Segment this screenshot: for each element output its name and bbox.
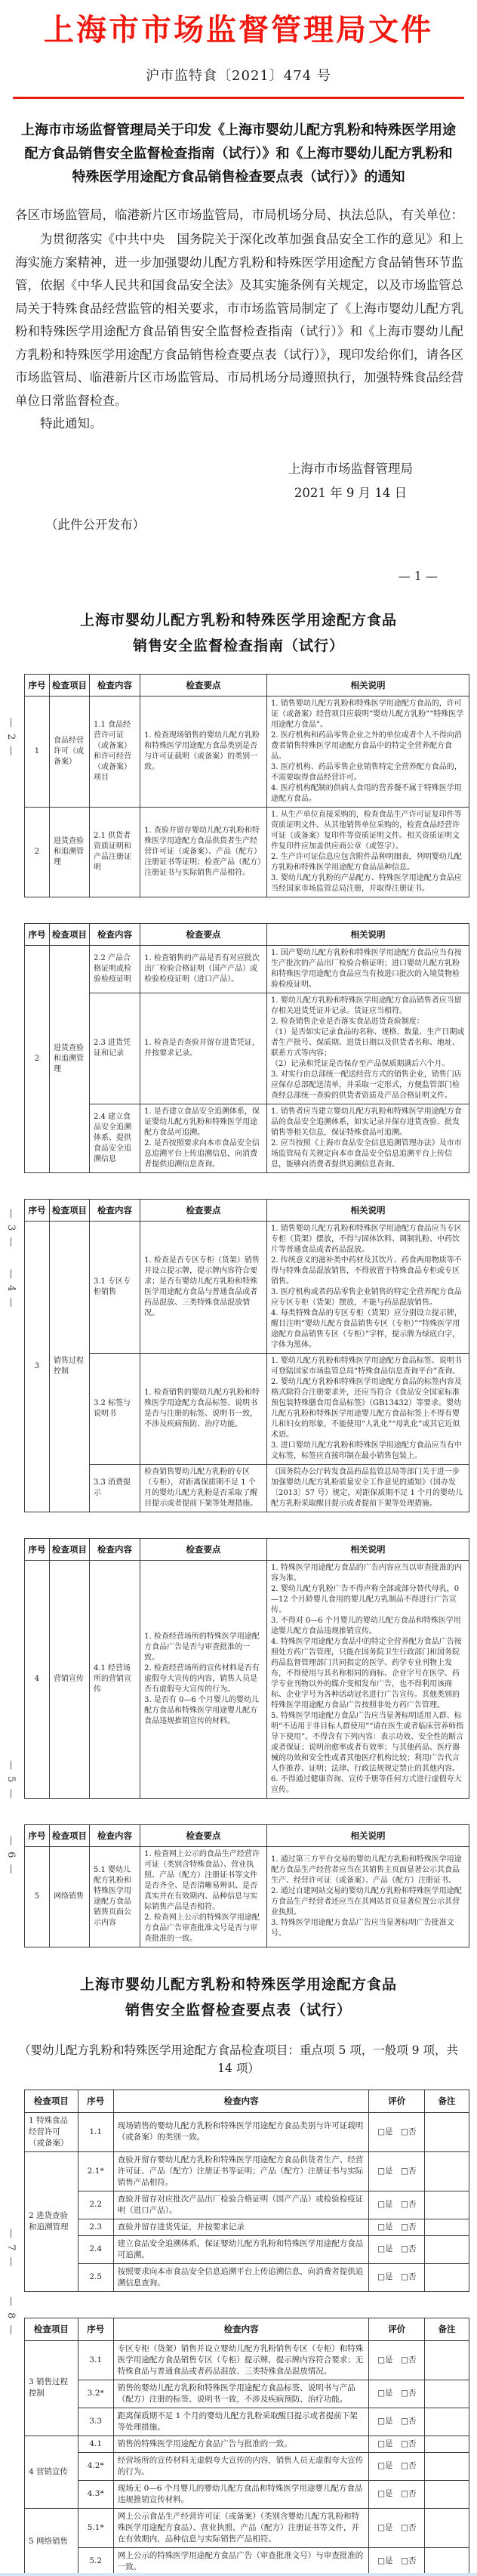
column-header: 序号 bbox=[25, 1824, 50, 1846]
red-divider bbox=[13, 97, 464, 99]
check-row: 2.2查验并留存对应批次产品出厂检验合格证明（国产产品）或检验检疫证明（进口产品… bbox=[25, 2191, 469, 2219]
content-cell: 销售的特殊医学用途配方食品广告与批准的一致。 bbox=[113, 2435, 369, 2452]
eval-cell: □是 □否 bbox=[369, 2219, 425, 2235]
remark-cell bbox=[425, 2235, 469, 2263]
seq-cell: 1 bbox=[25, 696, 50, 807]
notice-body-paragraph: 为贯彻落实《中共中央 国务院关于深化改革加强食品安全工作的意见》和上海实施方案精… bbox=[15, 228, 463, 412]
guide-row: 3.2 标签与说明书1. 检查销售的婴幼儿配方乳粉和特殊医学用途配方食品标签、说… bbox=[25, 1353, 469, 1464]
remark-cell bbox=[425, 2191, 469, 2219]
remark-cell bbox=[425, 2408, 469, 2435]
column-header: 备注 bbox=[425, 2318, 469, 2340]
content-cell: 专区专柜（货架）销售并设立婴幼儿配方乳粉销售专区（专柜）和特殊医学用途配方食品销… bbox=[113, 2340, 369, 2380]
seq-cell: 3.3 bbox=[78, 2408, 113, 2435]
seq-cell: 4.3* bbox=[78, 2480, 113, 2508]
item-cell: 5 网络销售 bbox=[25, 2508, 78, 2575]
column-header: 检查项目 bbox=[49, 674, 89, 696]
check-row: 4 营销宣传4.1销售的特殊医学用途配方食品广告与批准的一致。□是 □否 bbox=[25, 2435, 469, 2452]
seq-cell: 4 bbox=[25, 1560, 50, 1798]
column-header: 评价 bbox=[369, 2090, 425, 2112]
column-header: 检查项目 bbox=[49, 1824, 89, 1846]
checklist-note: （婴幼儿配方乳粉和特殊医学用途配方食品检查项目：重点项 5 项，一般项 9 项，… bbox=[17, 2041, 460, 2077]
guide-title: 上海市婴幼儿配方乳粉和特殊医学用途配方食品 销售安全监督检查指南（试行） bbox=[0, 607, 477, 659]
item-cell: 3 销售过程控制 bbox=[25, 2340, 78, 2435]
seq-cell: 2.2 bbox=[78, 2191, 113, 2219]
eval-cell: □是 □否 bbox=[369, 2435, 425, 2452]
content-cell: 2.2 产品合格证明或检验检疫证明 bbox=[89, 945, 140, 993]
item-cell: 1 特殊食品经营许可（或备案） bbox=[25, 2112, 78, 2151]
content-cell: 1.1 食品经营许可证（或备案）和许可经营（或备案）项目 bbox=[89, 696, 140, 807]
column-header: 检查内容 bbox=[113, 2318, 369, 2340]
guide-row: 1食品经营许可（或备案）1.1 食品经营许可证（或备案）和许可经营（或备案）项目… bbox=[25, 696, 469, 807]
column-header: 检查内容 bbox=[89, 1824, 140, 1846]
check-row: 4.2*经营场所的宣传材料无虚假夸大宣传的内容，销售人员无虚假夸大宣传的行为。□… bbox=[25, 2452, 469, 2480]
seq-cell: 4.1 bbox=[78, 2435, 113, 2452]
check-row: 2.3查验并留存进货凭证，并按要求记录□是 □否 bbox=[25, 2219, 469, 2235]
seq-cell: 5.1* bbox=[78, 2508, 113, 2547]
seq-cell: 2.3 bbox=[78, 2219, 113, 2235]
guide-row: 5网络销售5.1 婴幼儿配方乳粉和特殊医学用途配方食品销售页面公示内容1. 检查… bbox=[25, 1846, 469, 1947]
check-row: 2.4建立食品安全追溯体系，保证婴幼儿配方乳粉和特殊医学用途配方食品可追溯。□是… bbox=[25, 2235, 469, 2263]
item-cell: 2 进货查验和追溯管理 bbox=[25, 2151, 78, 2291]
column-header: 检查项目 bbox=[49, 1199, 89, 1221]
check-row: 5.2网上公示的特殊医学用途配方食品广告（审查批准文号）与审查批准的一致。□是 … bbox=[25, 2547, 469, 2575]
column-header: 序号 bbox=[25, 923, 50, 945]
column-header: 序号 bbox=[78, 2318, 113, 2340]
column-header: 序号 bbox=[25, 674, 50, 696]
guide-row: 2进货查验和追溯管理2.1 供货者资质证明和产品注册证明1. 查验并留存婴幼儿配… bbox=[25, 807, 469, 897]
notes-cell: 1. 国产婴幼儿配方乳粉和特殊医学用途配方食品应当有按生产批次的产品出厂检验合格… bbox=[266, 945, 469, 993]
points-cell: 1. 检查销售的婴幼儿配方乳粉和特殊医学用途配方食品标签、说明书是否与注册的标签… bbox=[140, 1353, 267, 1464]
guide-title-line1: 上海市婴幼儿配方乳粉和特殊医学用途配方食品 bbox=[0, 607, 477, 633]
seq-cell: 2.4 bbox=[78, 2235, 113, 2263]
header-row: 检查项目序号检查内容评价备注 bbox=[25, 2318, 469, 2340]
column-header: 检查项目 bbox=[25, 2318, 78, 2340]
points-cell: 1. 检查是否专区专柜（货架）销售并设立提示牌，提示牌内容符合要求；是否有婴幼儿… bbox=[140, 1221, 267, 1353]
remark-cell bbox=[425, 2380, 469, 2408]
public-release-note: （此件公开发布） bbox=[45, 514, 477, 533]
guide-row: 3.3 消费提示检查销售婴幼儿配方乳粉的专区（专柜），对距离保质期不足 1 个月… bbox=[25, 1464, 469, 1512]
checklist-title-line1: 上海市婴幼儿配方乳粉和特殊医学用途配方食品 bbox=[0, 1972, 477, 1997]
header-row: 序号检查项目检查内容检查要点相关说明 bbox=[25, 1824, 469, 1846]
column-header: 相关说明 bbox=[266, 1824, 469, 1846]
header-row: 序号检查项目检查内容检查要点相关说明 bbox=[25, 923, 469, 945]
guide-table: 序号检查项目检查内容检查要点相关说明3销售过程控制3.1 专区专柜销售1. 检查… bbox=[24, 1199, 469, 1512]
column-header: 检查项目 bbox=[49, 1538, 89, 1560]
eval-cell: □是 □否 bbox=[369, 2380, 425, 2408]
header-row: 检查项目序号检查内容评价备注 bbox=[25, 2090, 469, 2112]
content-cell: 2.3 进货凭证和记录 bbox=[89, 993, 140, 1104]
seq-cell: 2 bbox=[25, 807, 50, 897]
eval-cell: □是 □否 bbox=[369, 2112, 425, 2151]
notes-cell: 《国务院办公厅转发食品药品监管总局等部门关于进一步加强婴幼儿配方乳粉质量安全工作… bbox=[266, 1464, 469, 1512]
check-row: 3.2*销售的婴幼儿配方乳粉和特殊医学用途配方食品标签、说明书与产品（配方）注册… bbox=[25, 2380, 469, 2408]
eval-cell: □是 □否 bbox=[369, 2480, 425, 2508]
remark-cell bbox=[425, 2340, 469, 2380]
column-header: 检查要点 bbox=[140, 1538, 267, 1560]
content-cell: 查验并留存进货凭证，并按要求记录 bbox=[113, 2219, 369, 2235]
guide-row: 2.3 进货凭证和记录1. 检查是否查验并留存进货凭证，并按要求记录。1. 婴幼… bbox=[25, 993, 469, 1104]
guide-row: 2.4 建立食品安全追溯体系、提供食品安全追溯信息1. 是否建立食品安全追溯体系… bbox=[25, 1104, 469, 1172]
points-cell: 1. 检查销售的产品是否有对应批次出厂检验合格证明（国产产品）或检验检疫证明（进… bbox=[140, 945, 267, 993]
item-cell: 进货查验和追溯管理 bbox=[49, 807, 89, 897]
remark-cell bbox=[425, 2452, 469, 2480]
checklist-title-line2: 销售安全监督检查要点表（试行） bbox=[0, 1997, 477, 2023]
checklist-title: 上海市婴幼儿配方乳粉和特殊医学用途配方食品 销售安全监督检查要点表（试行） bbox=[0, 1972, 477, 2023]
guide-row: 3销售过程控制3.1 专区专柜销售1. 检查是否专区专柜（货架）销售并设立提示牌… bbox=[25, 1221, 469, 1353]
notes-cell: 1. 销售婴幼儿配方乳粉和特殊医学用途配方食品应当专区专柜（货架）摆放，不得与固… bbox=[266, 1221, 469, 1353]
check-row: 5 网络销售5.1*网上公示食品生产经营许可证（或备案）（类别含婴幼儿配方乳粉和… bbox=[25, 2508, 469, 2547]
signature-date: 2021 年 9 月 14 日 bbox=[288, 481, 413, 505]
check-row: 3.3距离保质期不足 1 个月的婴幼儿配方乳粉采取醒目提示或者提前下架等处理措施… bbox=[25, 2408, 469, 2435]
content-cell: 3.2 标签与说明书 bbox=[89, 1353, 140, 1464]
notes-cell: 1. 销售者应当建立婴幼儿配方乳粉和特殊医学用途配方食品的食品安全追溯体系，如实… bbox=[266, 1104, 469, 1172]
points-cell: 1. 查验并留存婴幼儿配方乳粉和特殊医学用途配方食品供货者生产经营许可证（或备案… bbox=[140, 807, 267, 897]
check-row: 4.3*现场无 0—6 个月婴儿的婴幼儿配方食品和特殊医学用途婴儿配方食品违规推… bbox=[25, 2480, 469, 2508]
guide-table: 序号检查项目检查内容检查要点相关说明1食品经营许可（或备案）1.1 食品经营许可… bbox=[24, 674, 469, 897]
column-header: 检查项目 bbox=[25, 2090, 78, 2112]
seq-cell: 5.2 bbox=[78, 2547, 113, 2575]
seq-cell: 5 bbox=[25, 1846, 50, 1947]
content-cell: 经营场所的宣传材料无虚假夸大宣传的内容，销售人员无虚假夸大宣传的行为。 bbox=[113, 2452, 369, 2480]
remark-cell bbox=[425, 2219, 469, 2235]
eval-cell: □是 □否 bbox=[369, 2547, 425, 2575]
guide-table: 序号检查项目检查内容检查要点相关说明5网络销售5.1 婴幼儿配方乳粉和特殊医学用… bbox=[24, 1824, 469, 1947]
seq-cell: 2.1* bbox=[78, 2151, 113, 2191]
item-cell: 4 营销宣传 bbox=[25, 2435, 78, 2508]
checklist-section: 检查项目序号检查内容评价备注1 特殊食品经营许可（或备案）1.1现场销售的婴幼儿… bbox=[0, 2090, 477, 2576]
points-cell: 1. 是否建立食品安全追溯体系，保证婴幼儿配方乳粉和特殊医学用途配方食品可追溯。… bbox=[140, 1104, 267, 1172]
item-cell: 网络销售 bbox=[49, 1846, 89, 1947]
eval-cell: □是 □否 bbox=[369, 2191, 425, 2219]
margin-page-mark: — 4 — bbox=[5, 1269, 17, 1309]
column-header: 检查要点 bbox=[140, 1199, 267, 1221]
column-header: 序号 bbox=[25, 1538, 50, 1560]
points-cell: 1. 检查经营场所的特殊医学用途配方食品广告是否与审查批准的一致。 2. 检查经… bbox=[140, 1560, 267, 1798]
margin-page-mark: — 6 — bbox=[5, 1836, 17, 1876]
document-number: 沪市监特食〔2021〕474 号 bbox=[0, 65, 477, 85]
check-table: 检查项目序号检查内容评价备注1 特殊食品经营许可（或备案）1.1现场销售的婴幼儿… bbox=[24, 2090, 469, 2292]
item-cell: 进货查验和追溯管理 bbox=[49, 945, 89, 1172]
column-header: 备注 bbox=[425, 2090, 469, 2112]
notes-cell: 1. 销售婴幼儿配方乳粉和特殊医学用途配方食品的，许可证（或备案）经营项目应载明… bbox=[266, 696, 469, 807]
column-header: 评价 bbox=[369, 2318, 425, 2340]
column-header: 检查内容 bbox=[113, 2090, 369, 2112]
column-header: 相关说明 bbox=[266, 674, 469, 696]
seq-cell: 2.5 bbox=[78, 2263, 113, 2291]
eval-cell: □是 □否 bbox=[369, 2452, 425, 2480]
seq-cell: 2 bbox=[25, 945, 50, 1172]
content-cell: 按照要求向本市食品安全信息追溯平台上传追溯信息，向消费者提供追溯信息查询。 bbox=[113, 2263, 369, 2291]
margin-page-mark: — 8 — bbox=[5, 2296, 17, 2337]
eval-cell: □是 □否 bbox=[369, 2235, 425, 2263]
header-row: 序号检查项目检查内容检查要点相关说明 bbox=[25, 1199, 469, 1221]
notice-recipients: 各区市场监管局，临港新片区市场监管局，市局机场分局、执法总队，有关单位： bbox=[15, 204, 463, 227]
remark-cell bbox=[425, 2508, 469, 2547]
guide-row: 4营销宣传4.1 经营场所的营销宣传1. 检查经营场所的特殊医学用途配方食品广告… bbox=[25, 1560, 469, 1798]
guide-row: 2进货查验和追溯管理2.2 产品合格证明或检验检疫证明1. 检查销售的产品是否有… bbox=[25, 945, 469, 993]
page-number-1: — 1 — bbox=[0, 569, 438, 583]
content-cell: 销售的婴幼儿配方乳粉和特殊医学用途配方食品标签、说明书与产品（配方）注册的标签、… bbox=[113, 2380, 369, 2408]
column-header: 检查要点 bbox=[140, 1824, 267, 1846]
header-row: 序号检查项目检查内容检查要点相关说明 bbox=[25, 1538, 469, 1560]
notice-title: 上海市市场监督管理局关于印发《上海市婴幼儿配方乳粉和特殊医学用途配方食品销售安全… bbox=[21, 119, 456, 189]
content-cell: 查验并留存对应批次产品出厂检验合格证明（国产产品）或检验检疫证明（进口产品）。 bbox=[113, 2191, 369, 2219]
content-cell: 4.1 经营场所的营销宣传 bbox=[89, 1560, 140, 1798]
column-header: 检查内容 bbox=[89, 674, 140, 696]
notice-closing: 特此通知。 bbox=[15, 412, 463, 436]
remark-cell bbox=[425, 2151, 469, 2191]
column-header: 检查要点 bbox=[140, 923, 267, 945]
notes-cell: 1. 通过第三方平台交易的婴幼儿配方乳粉和特殊医学用途配方食品生产经营者应当在其… bbox=[266, 1846, 469, 1947]
content-cell: 网上公示的特殊医学用途配方食品广告（审查批准文号）与审查批准的一致。 bbox=[113, 2547, 369, 2575]
column-header: 检查项目 bbox=[49, 923, 89, 945]
column-header: 相关说明 bbox=[266, 1199, 469, 1221]
content-cell: 现场销售的婴幼儿配方乳粉和特殊医学用途配方食品类别与许可证载明（或备案）的类别一… bbox=[113, 2112, 369, 2151]
column-header: 序号 bbox=[25, 1199, 50, 1221]
seq-cell: 1.1 bbox=[78, 2112, 113, 2151]
header-row: 序号检查项目检查内容检查要点相关说明 bbox=[25, 674, 469, 696]
seq-cell: 3 bbox=[25, 1221, 50, 1512]
points-cell: 1. 检查现场销售的婴幼儿配方乳粉和特殊医学用途配方食品类别是否与许可证载明（或… bbox=[140, 696, 267, 807]
guide-title-line2: 销售安全监督检查指南（试行） bbox=[0, 633, 477, 659]
item-cell: 营销宣传 bbox=[49, 1560, 89, 1798]
margin-page-mark: — 5 — bbox=[5, 1760, 17, 1800]
points-cell: 1. 检查网上公示的食品生产经营许可证（类别含特殊食品）、营业执照、产品（配方）… bbox=[140, 1846, 267, 1947]
notes-cell: 1. 婴幼儿配方乳粉和特殊医学用途配方食品标签、说明书可登陆国家市场监管总局“特… bbox=[266, 1353, 469, 1464]
check-table: 检查项目序号检查内容评价备注3 销售过程控制3.1专区专柜（货架）销售并设立婴幼… bbox=[24, 2318, 469, 2576]
guide-table: 序号检查项目检查内容检查要点相关说明4营销宣传4.1 经营场所的营销宣传1. 检… bbox=[24, 1538, 469, 1799]
eval-cell: □是 □否 bbox=[369, 2508, 425, 2547]
margin-page-mark: — 2 — bbox=[5, 718, 17, 758]
content-cell: 5.1 婴幼儿配方乳粉和特殊医学用途配方食品销售页面公示内容 bbox=[89, 1846, 140, 1947]
notes-cell: 1. 特殊医学用途配方食品的广告内容应当以审查批准的内容为准。 2. 婴幼儿配方… bbox=[266, 1560, 469, 1798]
seq-cell: 3.2* bbox=[78, 2380, 113, 2408]
content-cell: 查验并留存婴幼儿配方乳粉和特殊医学用途配方食品供货者生产、经营许可证、产品（配方… bbox=[113, 2151, 369, 2191]
margin-page-mark: — 3 — bbox=[5, 1209, 17, 1249]
points-cell: 检查销售婴幼儿配方乳粉的专区（专柜），对距离保质期不足 1 个月的婴幼儿配方乳粉… bbox=[140, 1464, 267, 1512]
seq-cell: 3.1 bbox=[78, 2340, 113, 2380]
check-row: 2 进货查验和追溯管理2.1*查验并留存婴幼儿配方乳粉和特殊医学用途配方食品供货… bbox=[25, 2151, 469, 2191]
column-header: 检查内容 bbox=[89, 1538, 140, 1560]
eval-cell: □是 □否 bbox=[369, 2151, 425, 2191]
item-cell: 食品经营许可（或备案） bbox=[49, 696, 89, 807]
content-cell: 网上公示食品生产经营许可证（或备案）（类别含婴幼儿配方乳粉和特殊医学用途配方食品… bbox=[113, 2508, 369, 2547]
seq-cell: 4.2* bbox=[78, 2452, 113, 2480]
remark-cell bbox=[425, 2112, 469, 2151]
margin-page-mark: — 7 — bbox=[5, 2229, 17, 2269]
remark-cell bbox=[425, 2435, 469, 2452]
content-cell: 2.4 建立食品安全追溯体系、提供食品安全追溯信息 bbox=[89, 1104, 140, 1172]
notes-cell: 1. 从生产单位直接采购的，检查食品生产许可证复印件等资质证明文件。从其他销售单… bbox=[266, 807, 469, 897]
check-row: 3 销售过程控制3.1专区专柜（货架）销售并设立婴幼儿配方乳粉销售专区（专柜）和… bbox=[25, 2340, 469, 2380]
check-row: 2.5按照要求向本市食品安全信息追溯平台上传追溯信息，向消费者提供追溯信息查询。… bbox=[25, 2263, 469, 2291]
page-bottom-edge bbox=[0, 2573, 477, 2576]
content-cell: 3.3 消费提示 bbox=[89, 1464, 140, 1512]
eval-cell: □是 □否 bbox=[369, 2340, 425, 2380]
guide-section: 序号检查项目检查内容检查要点相关说明1食品经营许可（或备案）1.1 食品经营许可… bbox=[0, 674, 477, 1947]
content-cell: 2.1 供货者资质证明和产品注册证明 bbox=[89, 807, 140, 897]
check-row: 1 特殊食品经营许可（或备案）1.1现场销售的婴幼儿配方乳粉和特殊医学用途配方食… bbox=[25, 2112, 469, 2151]
item-cell: 销售过程控制 bbox=[49, 1221, 89, 1512]
points-cell: 1. 检查是否查验并留存进货凭证，并按要求记录。 bbox=[140, 993, 267, 1104]
signature-org: 上海市市场监督管理局 bbox=[288, 457, 413, 481]
notes-cell: 1. 婴幼儿配方乳粉和特殊医学用途配方食品销售者应当留存相关进货凭证并记录。货证… bbox=[266, 993, 469, 1104]
remark-cell bbox=[425, 2263, 469, 2291]
content-cell: 现场无 0—6 个月婴儿的婴幼儿配方食品和特殊医学用途婴儿配方食品违规推销宣传材… bbox=[113, 2480, 369, 2508]
column-header: 检查内容 bbox=[89, 923, 140, 945]
eval-cell: □是 □否 bbox=[369, 2263, 425, 2291]
remark-cell bbox=[425, 2480, 469, 2508]
content-cell: 距离保质期不足 1 个月的婴幼儿配方乳粉采取醒目提示或者提前下架等处理措施。 bbox=[113, 2408, 369, 2435]
remark-cell bbox=[425, 2547, 469, 2575]
content-cell: 建立食品安全追溯体系，保证婴幼儿配方乳粉和特殊医学用途配方食品可追溯。 bbox=[113, 2235, 369, 2263]
signature-block: 上海市市场监督管理局 2021 年 9 月 14 日 bbox=[288, 457, 413, 505]
content-cell: 3.1 专区专柜销售 bbox=[89, 1221, 140, 1353]
column-header: 相关说明 bbox=[266, 923, 469, 945]
document-org-title: 上海市市场监督管理局文件 bbox=[0, 0, 477, 48]
eval-cell: □是 □否 bbox=[369, 2408, 425, 2435]
column-header: 检查内容 bbox=[89, 1199, 140, 1221]
column-header: 相关说明 bbox=[266, 1538, 469, 1560]
column-header: 检查要点 bbox=[140, 674, 267, 696]
scanned-document-page: 上海市市场监督管理局文件 沪市监特食〔2021〕474 号 上海市市场监督管理局… bbox=[0, 0, 477, 2576]
column-header: 序号 bbox=[78, 2090, 113, 2112]
guide-table: 序号检查项目检查内容检查要点相关说明2进货查验和追溯管理2.2 产品合格证明或检… bbox=[24, 923, 469, 1173]
